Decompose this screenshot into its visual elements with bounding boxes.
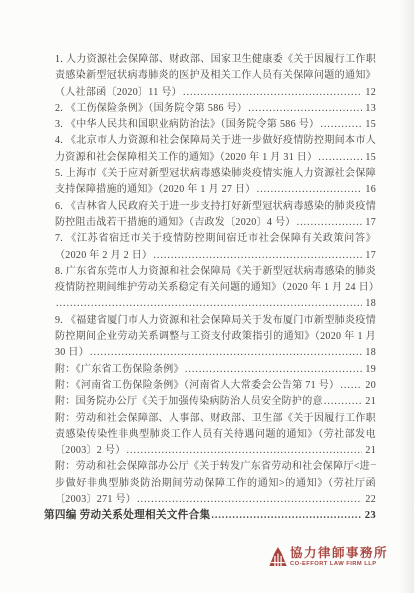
toc-line: 疫情防控期间维护劳动关系稳定有关问题的通知》（2020 年 1 月 24 日）	[55, 280, 376, 296]
page-number: 19	[365, 362, 376, 378]
toc-line: 防控期间企业劳动关系调整与工资支付政策指引的通知》（2020 年 1 月	[55, 329, 376, 345]
dot-leader	[318, 150, 362, 166]
toc-line-text: 附：《广东省工伤保险条例》	[55, 362, 184, 378]
toc-line: 附：《广东省工伤保险条例》19	[55, 362, 376, 378]
toc-line-text: 附：《河南省工伤保险条例》（河南省人大常委会公告第 71 号）	[55, 378, 339, 394]
dot-leader	[153, 248, 362, 264]
toc-line-text: 〔2003〕271 号）	[55, 492, 136, 508]
page-number: 12	[365, 85, 376, 101]
dot-leader	[340, 378, 362, 394]
toc-line-text: 力资源和社会保障相关工作的通知》（2020 年 1 月 31 日）	[55, 150, 317, 166]
law-firm-seal-icon	[269, 547, 287, 572]
toc-line: 1. 人力资源社会保障部、财政部、国家卫生健康委《关于因履行工作职	[55, 52, 376, 68]
page-number: 20	[365, 378, 376, 394]
page-number: 15	[365, 117, 376, 133]
toc-line: 8. 广东省东莞市人力资源和社会保障局《关于新型冠状病毒感染的肺炎	[55, 264, 376, 280]
toc-line: 9. 《福建省厦门市人力资源和社会保障局关于发布厦门市新型肺炎疫情	[55, 313, 376, 329]
toc-line-text: 第四编 劳动关系处理相关文件合集	[44, 508, 210, 524]
page-number: 23	[365, 508, 376, 524]
page-number: 18	[365, 345, 376, 361]
page-number: 15	[365, 150, 376, 166]
dot-leader	[137, 492, 362, 508]
toc-line-text: 5. 上海市《关于应对新型冠状病毒感染肺炎疫情实施人力资源社会保障	[55, 166, 376, 182]
toc-line: 支持保障措施的通知》（2020 年 1 月 27 日）16	[55, 182, 376, 198]
toc-line-text: 附：国务院办公厅《关于加强传染病防治人员安全防护的意	[55, 394, 323, 410]
toc-line: 〔2003〕271 号）22	[55, 492, 376, 508]
page-number: 21	[365, 443, 376, 459]
toc-line-text: （人社部函〔2020〕11 号）	[55, 85, 182, 101]
toc-line-text: 9. 《福建省厦门市人力资源和社会保障局关于发布厦门市新型肺炎疫情	[55, 313, 376, 329]
dot-leader	[185, 362, 362, 378]
toc-line: 力资源和社会保障相关工作的通知》（2020 年 1 月 31 日）15	[55, 150, 376, 166]
toc-line: （2020 年 2 月 2 日）17	[55, 248, 376, 264]
dot-leader	[211, 508, 361, 524]
toc-line: 责感染新型冠状病毒肺炎的医护及相关工作人员有关保障问题的通知》	[55, 68, 376, 84]
toc-line-text: 责感染新型冠状病毒肺炎的医护及相关工作人员有关保障问题的通知》	[55, 68, 376, 84]
toc-line: 附：《河南省工伤保险条例》（河南省人大常委会公告第 71 号）20	[55, 378, 376, 394]
toc-line: （人社部函〔2020〕11 号）12	[55, 85, 376, 101]
toc-line-text: 2. 《工伤保险条例》（国务院令第 586 号）	[55, 101, 247, 117]
toc-line-text: 附：劳动和社会保障部办公厅《关于转发广东省劳动和社会保障厅<进一	[55, 459, 376, 475]
dot-leader	[90, 345, 362, 361]
toc-line-text: 附：劳动和社会保障部、人事部、财政部、卫生部《关于因履行工作职	[55, 411, 376, 427]
dot-leader	[257, 182, 363, 198]
toc-line: 6. 《吉林省人民政府关于进一步支持打好新型冠状病毒感染的肺炎疫情	[55, 199, 376, 215]
document-page: 1. 人力资源社会保障部、财政部、国家卫生健康委《关于因履行工作职责感染新型冠状…	[0, 0, 414, 593]
toc-line-text: 8. 广东省东莞市人力资源和社会保障局《关于新型冠状病毒感染的肺炎	[55, 264, 376, 280]
toc-line-text: 4. 《北京市人力资源和社会保障局关于进一步做好疫情防控期间本市人	[55, 133, 376, 149]
toc-line: 3. 《中华人民共和国职业病防治法》（国务院令第 586 号）15	[55, 117, 376, 133]
toc-line-text: 7. 《江苏省宿迁市关于疫情防控期间宿迁市社会保障有关政策问答》	[55, 231, 376, 247]
firm-name-en: CO-EFFORT LAW FIRM LLP	[290, 561, 388, 568]
toc-line: 〔2003〕2 号）21	[55, 443, 376, 459]
page-number: 16	[365, 182, 376, 198]
page-number: 17	[365, 248, 376, 264]
dot-leader	[127, 443, 363, 459]
toc-line: 5. 上海市《关于应对新型冠状病毒感染肺炎疫情实施人力资源社会保障	[55, 166, 376, 182]
dot-leader	[183, 85, 362, 101]
toc-line-text: 30 日）	[55, 345, 89, 361]
toc-line-text: 疫情防控期间维护劳动关系稳定有关问题的通知》（2020 年 1 月 24 日）	[55, 280, 376, 296]
dot-leader	[320, 117, 362, 133]
toc-section-heading: 第四编 劳动关系处理相关文件合集23	[44, 508, 376, 524]
toc-line-text: 6. 《吉林省人民政府关于进一步支持打好新型冠状病毒感染的肺炎疫情	[55, 199, 376, 215]
toc-line: 责感染传染性非典型肺炎工作人员有关待遇问题的通知》（劳社部发电	[55, 427, 376, 443]
toc-line: 18	[55, 296, 376, 312]
page-number: 18	[365, 296, 376, 312]
toc-line-text: （2020 年 2 月 2 日）	[55, 248, 152, 264]
firm-names: 協力律師事務所 CO-EFFORT LAW FIRM LLP	[290, 546, 388, 568]
toc-line: 7. 《江苏省宿迁市关于疫情防控期间宿迁市社会保障有关政策问答》	[55, 231, 376, 247]
page-number: 21	[365, 394, 376, 410]
toc-line: 步做好非典型肺炎防治期间劳动保障工作的通知>的通知》（劳社厅函	[55, 476, 376, 492]
dot-leader	[56, 296, 362, 312]
page-number: 22	[365, 492, 376, 508]
toc-line-text: 防控期间企业劳动关系调整与工资支付政策指引的通知》（2020 年 1 月	[55, 329, 376, 345]
dot-leader	[297, 215, 363, 231]
toc-line-text: 支持保障措施的通知》（2020 年 1 月 27 日）	[55, 182, 256, 198]
dot-leader	[324, 394, 363, 410]
firm-logo: 協力律師事務所 CO-EFFORT LAW FIRM LLP	[269, 546, 388, 572]
toc-line-text: 防控阻击战若干措施的通知》（吉政发〔2020〕4 号）	[55, 215, 296, 231]
toc-line: 附：劳动和社会保障部办公厅《关于转发广东省劳动和社会保障厅<进一	[55, 459, 376, 475]
toc-line: 30 日）18	[55, 345, 376, 361]
page-number: 17	[365, 215, 376, 231]
toc-line-text: 步做好非典型肺炎防治期间劳动保障工作的通知>的通知》（劳社厅函	[55, 476, 376, 492]
toc-line-text: 1. 人力资源社会保障部、财政部、国家卫生健康委《关于因履行工作职	[55, 52, 376, 68]
toc-line: 附：国务院办公厅《关于加强传染病防治人员安全防护的意21	[55, 394, 376, 410]
toc-line-text: 〔2003〕2 号）	[55, 443, 126, 459]
toc-line: 防控阻击战若干措施的通知》（吉政发〔2020〕4 号）17	[55, 215, 376, 231]
toc: 1. 人力资源社会保障部、财政部、国家卫生健康委《关于因履行工作职责感染新型冠状…	[55, 52, 376, 525]
toc-line-text: 责感染传染性非典型肺炎工作人员有关待遇问题的通知》（劳社部发电	[55, 427, 376, 443]
dot-leader	[248, 101, 362, 117]
page-number: 13	[365, 101, 376, 117]
toc-line: 2. 《工伤保险条例》（国务院令第 586 号）13	[55, 101, 376, 117]
toc-line: 4. 《北京市人力资源和社会保障局关于进一步做好疫情防控期间本市人	[55, 133, 376, 149]
toc-line: 附：劳动和社会保障部、人事部、财政部、卫生部《关于因履行工作职	[55, 411, 376, 427]
firm-name-cn: 協力律師事務所	[290, 546, 388, 560]
toc-line-text: 3. 《中华人民共和国职业病防治法》（国务院令第 586 号）	[55, 117, 319, 133]
